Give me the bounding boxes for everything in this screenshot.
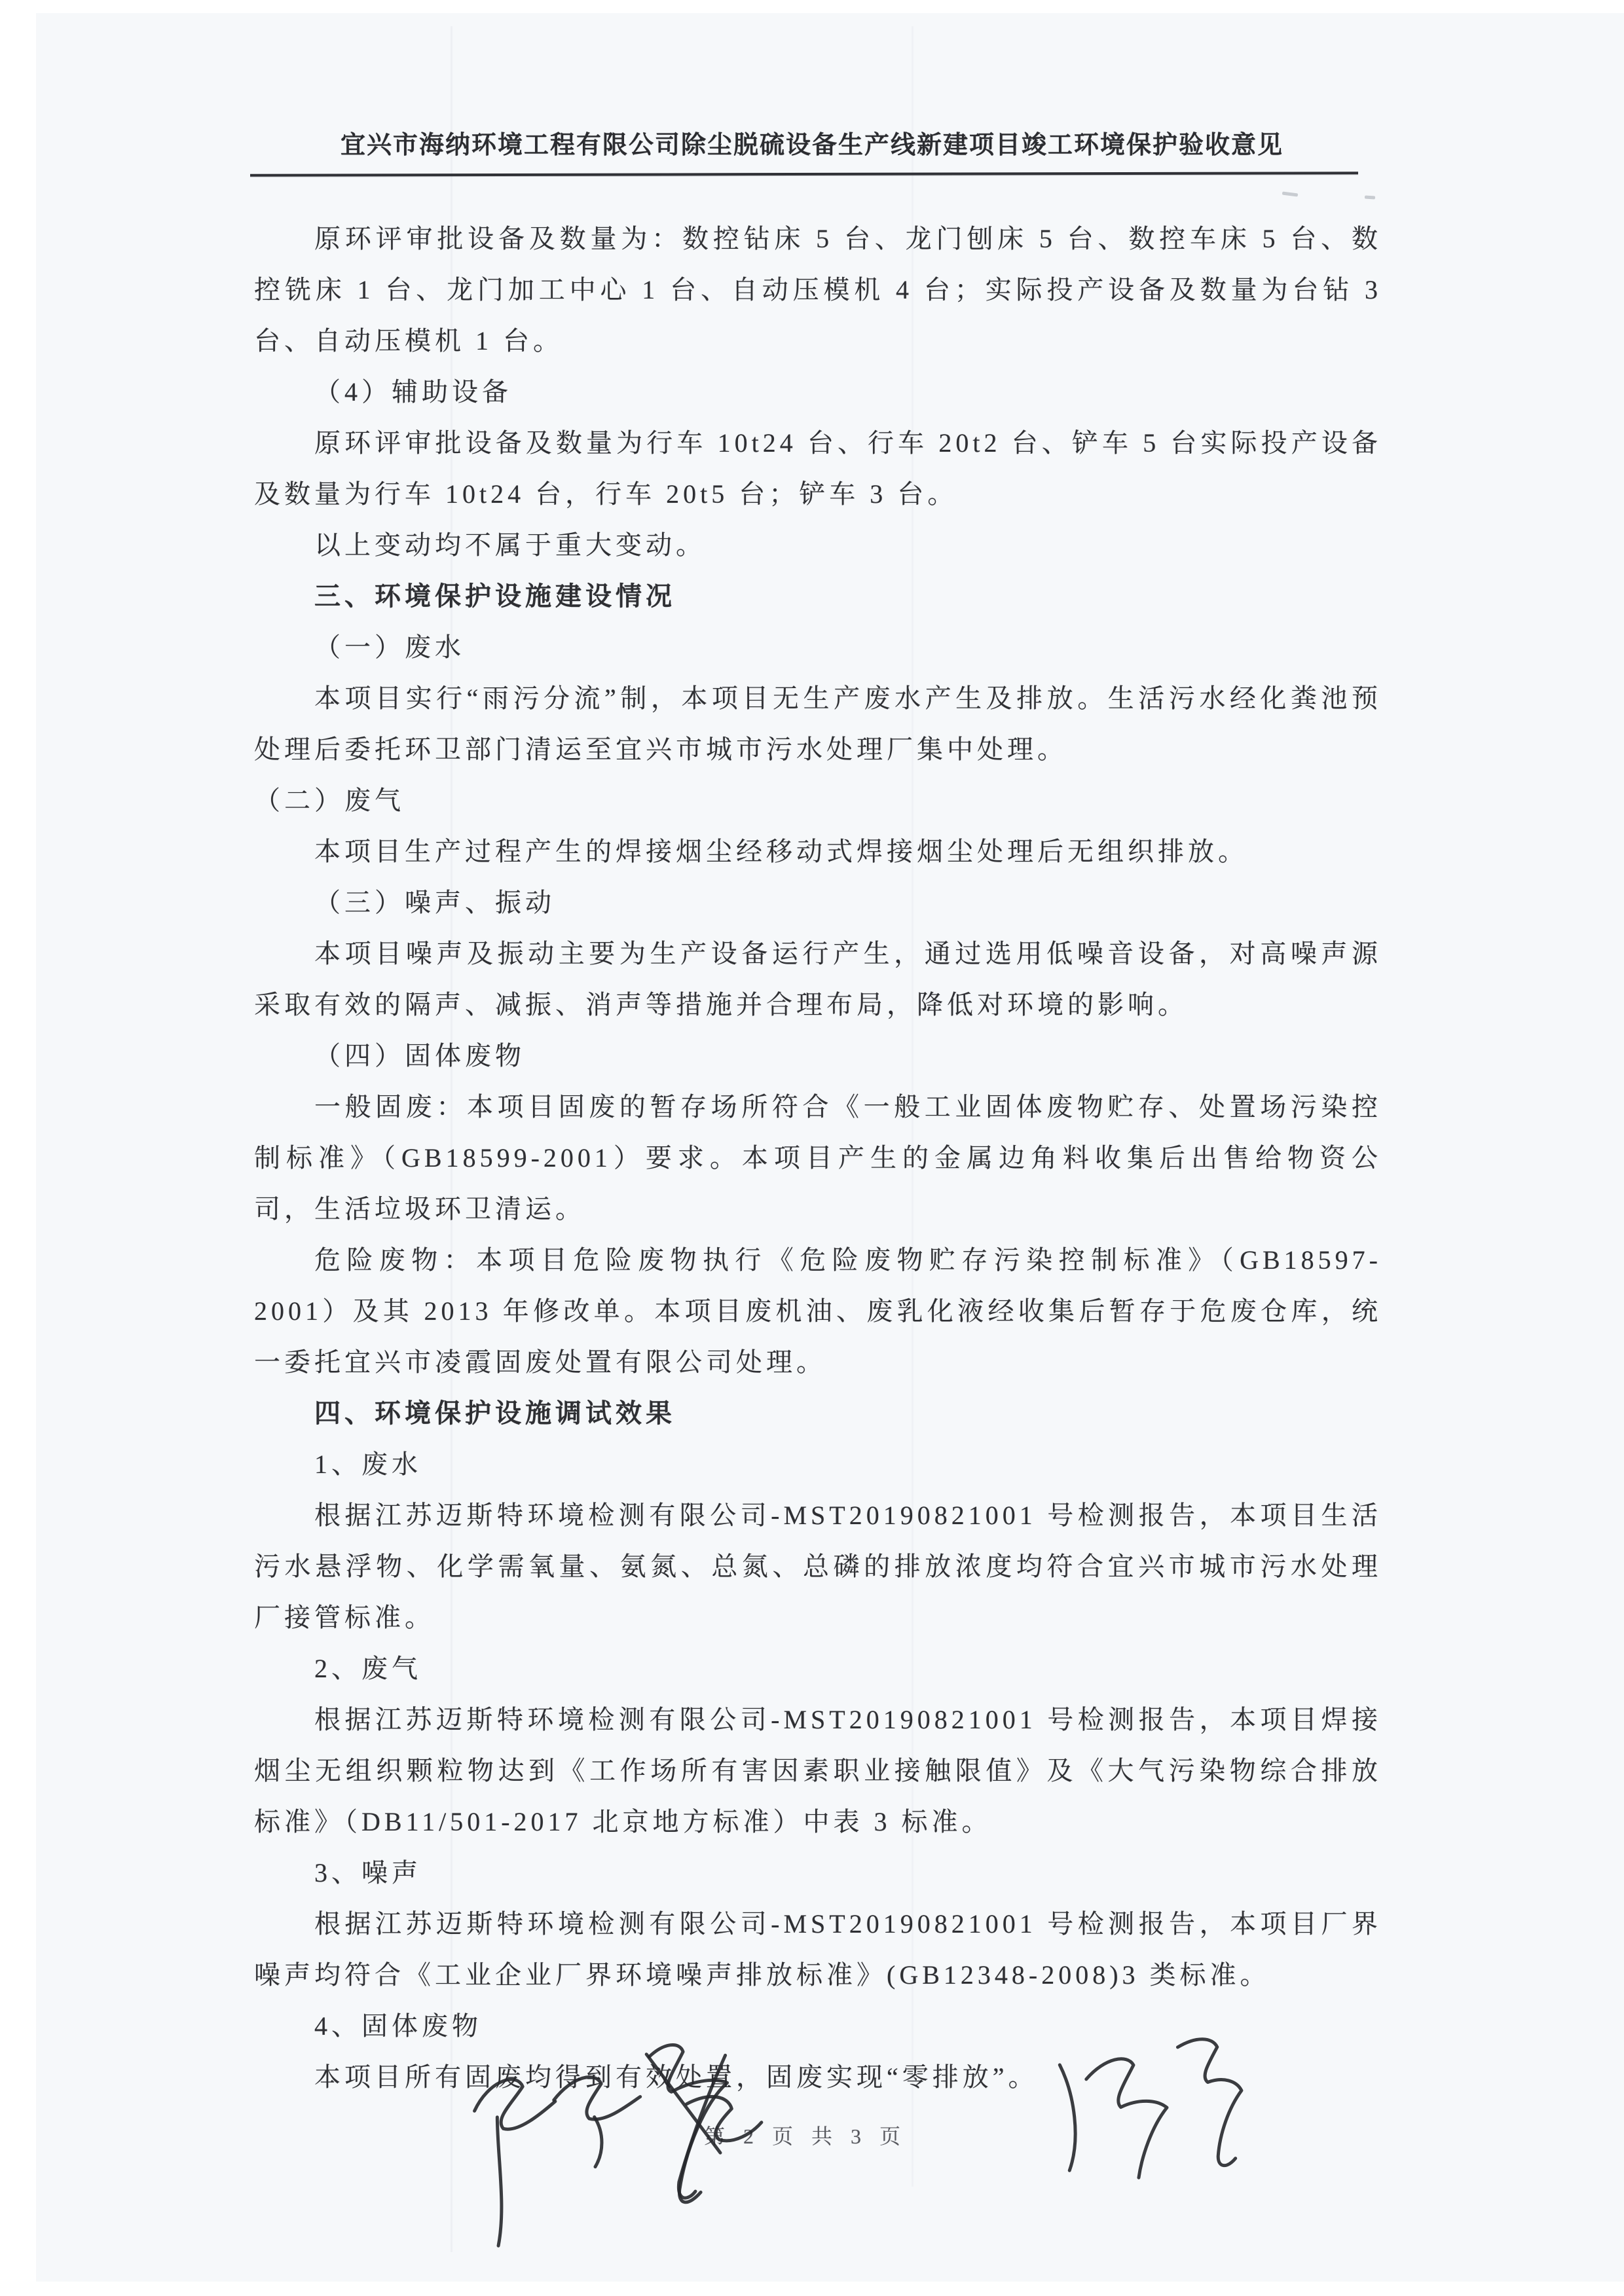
scan-artifact — [1365, 195, 1375, 199]
handwritten-signature-left — [451, 2005, 807, 2270]
paragraph: 1、废水 — [254, 1439, 1382, 1490]
document-header-title: 宜兴市海纳环境工程有限公司除尘脱硫设备生产线新建项目竣工环境保护验收意见 — [0, 124, 1624, 160]
paragraph: （四）固体废物 — [254, 1030, 1382, 1082]
paragraph: 三、环境保护设施建设情况 — [254, 571, 1382, 622]
paragraph: 本项目实行“雨污分流”制，本项目无生产废水产生及排放。生活污水经化粪池预处理后委… — [254, 673, 1382, 775]
paragraph: 危险废物：本项目危险废物执行《危险废物贮存污染控制标准》（GB18597-200… — [254, 1235, 1382, 1388]
paragraph: （一）废水 — [254, 622, 1382, 673]
footer-page-label: 第 2 页 共 3 页 — [0, 2120, 1611, 2150]
scanned-document-page: 宜兴市海纳环境工程有限公司除尘脱硫设备生产线新建项目竣工环境保护验收意见 原环评… — [0, 0, 1624, 2296]
document-paragraphs: 原环评审批设备及数量为：数控钻床 5 台、龙门刨床 5 台、数控车床 5 台、数… — [254, 213, 1382, 2103]
paragraph: （二）废气 — [254, 775, 1382, 826]
paragraph: （三）噪声、振动 — [254, 877, 1382, 928]
paragraph: 本项目噪声及振动主要为生产设备运行产生，通过选用低噪音设备，对高噪声源采取有效的… — [254, 928, 1382, 1030]
paragraph: 原环评审批设备及数量为行车 10t24 台、行车 20t2 台、铲车 5 台实际… — [254, 418, 1382, 520]
paragraph: 根据江苏迈斯特环境检测有限公司-MST20190821001 号检测报告，本项目… — [254, 1694, 1382, 1848]
paragraph: 3、噪声 — [254, 1848, 1382, 1899]
paragraph: （4）辅助设备 — [254, 367, 1382, 418]
paragraph: 原环评审批设备及数量为：数控钻床 5 台、龙门刨床 5 台、数控车床 5 台、数… — [254, 213, 1382, 367]
paragraph: 根据江苏迈斯特环境检测有限公司-MST20190821001 号检测报告，本项目… — [254, 1490, 1382, 1643]
paragraph: 一般固废：本项目固废的暂存场所符合《一般工业固体废物贮存、处置场污染控制标准》（… — [254, 1082, 1382, 1235]
paragraph: 根据江苏迈斯特环境检测有限公司-MST20190821001 号检测报告，本项目… — [254, 1899, 1382, 2001]
paragraph: 四、环境保护设施调试效果 — [254, 1388, 1382, 1439]
paragraph: 以上变动均不属于重大变动。 — [254, 520, 1382, 571]
handwritten-signature-right — [1040, 2015, 1272, 2200]
paragraph: 2、废气 — [254, 1643, 1382, 1694]
paragraph: 本项目生产过程产生的焊接烟尘经移动式焊接烟尘处理后无组织排放。 — [254, 826, 1382, 877]
